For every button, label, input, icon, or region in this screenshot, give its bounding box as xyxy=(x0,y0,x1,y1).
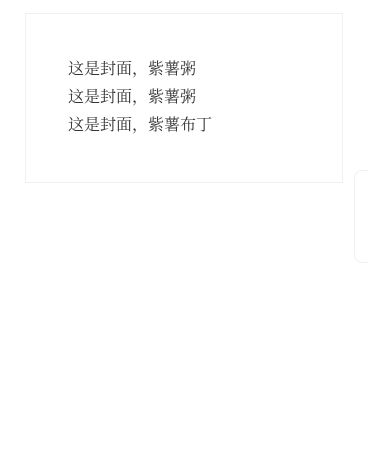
cover-text-line: 这是封面，紫薯布丁 xyxy=(68,112,342,140)
offscreen-floating-panel[interactable] xyxy=(354,170,368,263)
page: 这是封面，紫薯粥 这是封面，紫薯粥 这是封面，紫薯布丁 xyxy=(0,0,368,460)
cover-text-line: 这是封面，紫薯粥 xyxy=(68,84,342,112)
cover-card: 这是封面，紫薯粥 这是封面，紫薯粥 这是封面，紫薯布丁 xyxy=(25,13,343,183)
cover-text-line: 这是封面，紫薯粥 xyxy=(68,56,342,84)
